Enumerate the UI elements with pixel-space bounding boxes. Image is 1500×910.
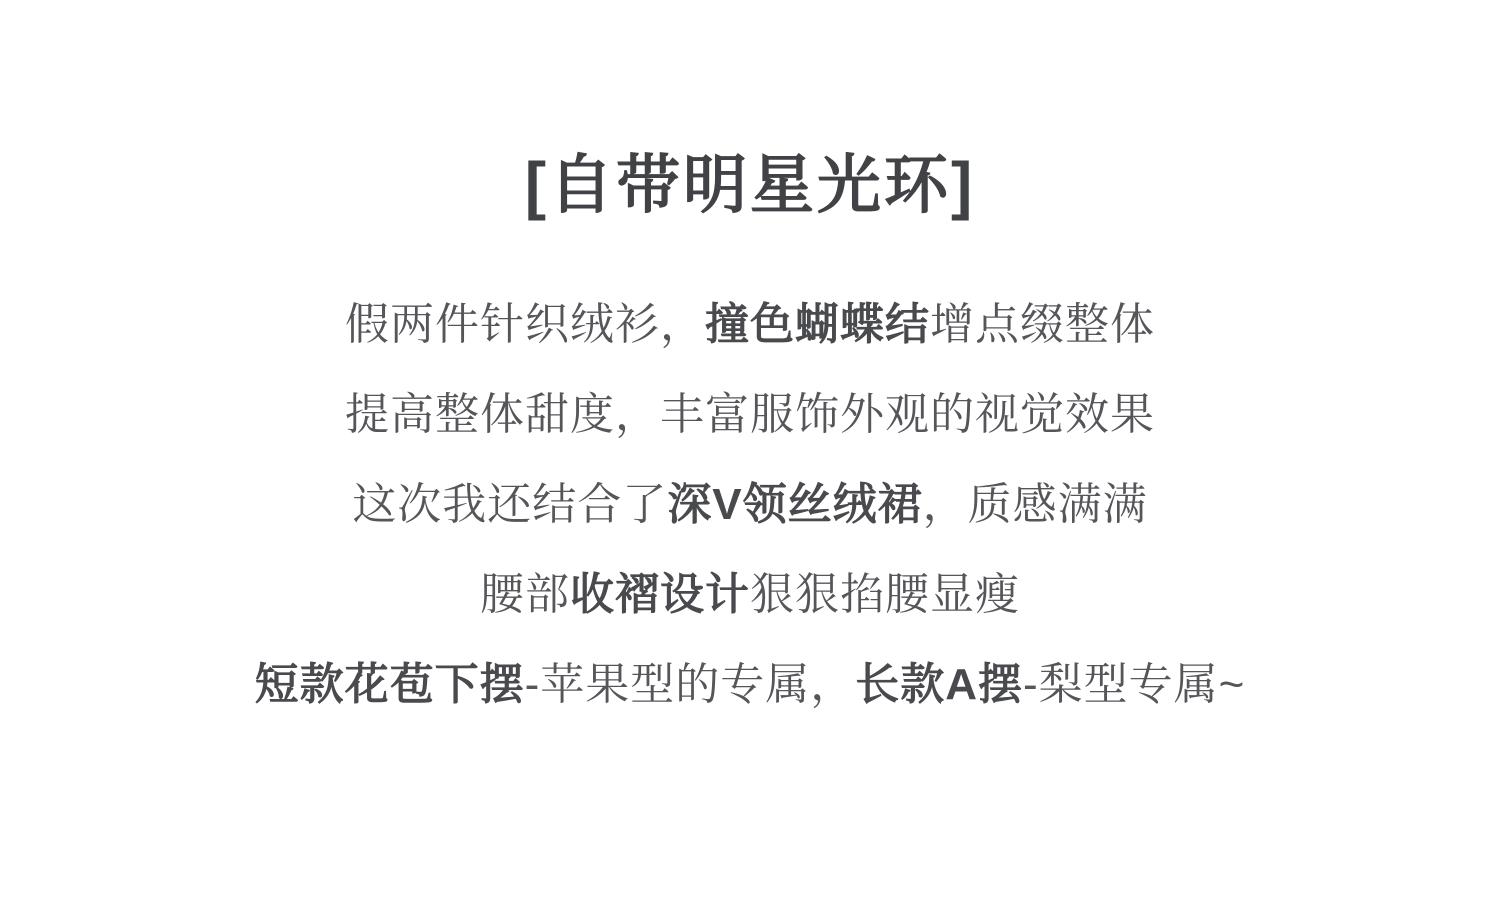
- highlight-text: 短款花苞下摆: [255, 660, 525, 709]
- body-text: 假两件针织绒衫，: [345, 300, 705, 349]
- highlight-text: 长款A摆: [855, 660, 1023, 709]
- page-title: [自带明星光环]: [0, 150, 1500, 220]
- product-description-page: [自带明星光环] 假两件针织绒衫，撞色蝴蝶结增点缀整体提高整体甜度，丰富服饰外观…: [0, 0, 1500, 910]
- description-line-2: 提高整体甜度，丰富服饰外观的视觉效果: [0, 370, 1500, 460]
- description-line-4: 腰部收褶设计狠狠掐腰显瘦: [0, 550, 1500, 640]
- description-line-3: 这次我还结合了深V领丝绒裙，质感满满: [0, 460, 1500, 550]
- description-content: [自带明星光环] 假两件针织绒衫，撞色蝴蝶结增点缀整体提高整体甜度，丰富服饰外观…: [0, 0, 1500, 730]
- body-text: 增点缀整体: [930, 300, 1155, 349]
- highlight-text: 深V领丝绒裙: [667, 480, 922, 529]
- highlight-text: 收褶设计: [570, 570, 750, 619]
- body-text: 这次我还结合了: [352, 480, 667, 529]
- description-line-1: 假两件针织绒衫，撞色蝴蝶结增点缀整体: [0, 280, 1500, 370]
- description-line-5: 短款花苞下摆-苹果型的专属，长款A摆-梨型专属~: [0, 640, 1500, 730]
- body-text: -苹果型的专属，: [525, 660, 856, 709]
- body-text: 狠狠掐腰显瘦: [750, 570, 1020, 619]
- description-lines: 假两件针织绒衫，撞色蝴蝶结增点缀整体提高整体甜度，丰富服饰外观的视觉效果这次我还…: [0, 280, 1500, 730]
- body-text: 腰部: [480, 570, 570, 619]
- highlight-text: 撞色蝴蝶结: [705, 300, 930, 349]
- body-text: 提高整体甜度，丰富服饰外观的视觉效果: [345, 390, 1155, 439]
- body-text: ，质感满满: [923, 480, 1148, 529]
- body-text: -梨型专属~: [1023, 660, 1245, 709]
